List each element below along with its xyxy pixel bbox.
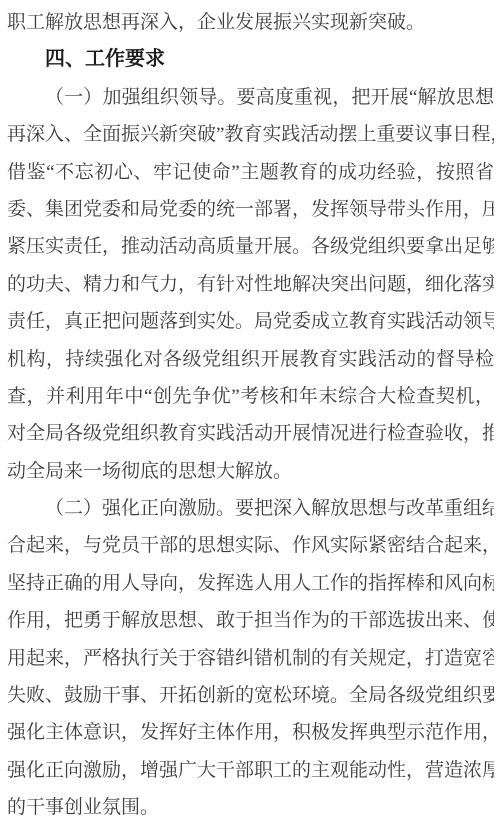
text-line: 的功夫、精力和气力，有针对性地解决突出问题，细化落实: [7, 266, 494, 303]
text-line: 再深入、全面振兴新突破”教育实践活动摆上重要议事日程，: [7, 116, 494, 153]
document-page: 职工解放思想再深入，企业发展振兴实现新突破。四、工作要求（一）加强组织领导。要高…: [0, 0, 501, 830]
text-line: 对全局各级党组织教育实践活动开展情况进行检查验收，推: [7, 415, 494, 452]
text-line: 紧压实责任，推动活动高质量开展。各级党组织要拿出足够: [7, 228, 494, 265]
text-line: 用起来，严格执行关于容错纠错机制的有关规定，打造宽容: [7, 640, 494, 677]
document-lines: 职工解放思想再深入，企业发展振兴实现新突破。四、工作要求（一）加强组织领导。要高…: [7, 4, 494, 827]
text-line: 强化主体意识，发挥好主体作用，积极发挥典型示范作用，: [7, 714, 494, 751]
text-line: 责任，真正把问题落到实处。局党委成立教育实践活动领导: [7, 303, 494, 340]
text-line: （一）加强组织领导。要高度重视，把开展“解放思想: [7, 79, 494, 116]
text-line: 委、集团党委和局党委的统一部署，发挥领导带头作用，压: [7, 191, 494, 228]
text-line: 合起来，与党员干部的思想实际、作风实际紧密结合起来，: [7, 527, 494, 564]
text-line: （二）强化正向激励。要把深入解放思想与改革重组结: [7, 490, 494, 527]
text-line: 机构，持续强化对各级党组织开展教育实践活动的督导检: [7, 341, 494, 378]
text-line: 职工解放思想再深入，企业发展振兴实现新突破。: [7, 4, 494, 41]
section-heading: 四、工作要求: [7, 41, 494, 78]
text-line: 动全局来一场彻底的思想大解放。: [7, 453, 494, 490]
text-line: 坚持正确的用人导向，发挥选人用人工作的指挥棒和风向标: [7, 565, 494, 602]
text-line: 强化正向激励，增强广大干部职工的主观能动性，营造浓厚: [7, 752, 494, 789]
text-line: 查，并利用年中“创先争优”考核和年末综合大检查契机，: [7, 378, 494, 415]
text-line: 失败、鼓励干事、开拓创新的宽松环境。全局各级党组织要: [7, 677, 494, 714]
text-line: 作用，把勇于解放思想、敢于担当作为的干部选拔出来、使: [7, 602, 494, 639]
text-line: 借鉴“不忘初心、牢记使命”主题教育的成功经验，按照省: [7, 154, 494, 191]
text-line: 的干事创业氛围。: [7, 789, 494, 826]
